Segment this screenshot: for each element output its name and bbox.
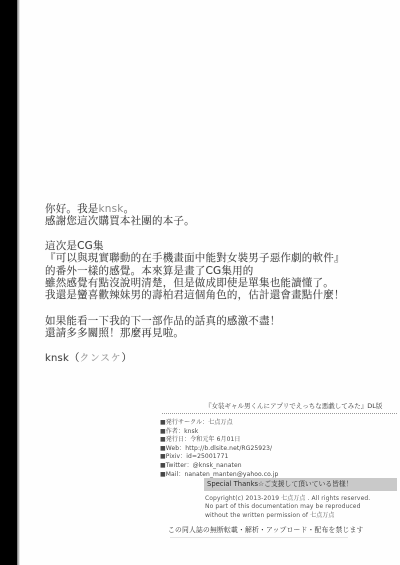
reproduction-notice: この同人誌の無断転載・解析・アップロード・配布を禁じます [168, 524, 388, 534]
author-name: knsk [99, 203, 124, 215]
copyright-line: Copyright(c) 2013-2019 七点万点 . All rights… [205, 495, 397, 503]
pub-date-line: ■発行日：令和元年 6月01日 [160, 436, 390, 445]
signature-paren-close: ） [121, 352, 132, 364]
letter-line: 『可以與現實聯動的在手機畫面中能對女裝男子惡作劇的軟件』 [45, 252, 385, 264]
faint-divider [170, 537, 348, 538]
thanks-line: 感謝您這次購買本社團的本子。 [45, 215, 385, 227]
pub-twitter-line: ■Twitter：@knsk_nanaten [160, 462, 390, 471]
special-thanks-band: Special Thanks☆ご支援して頂いている皆様！ [204, 478, 397, 491]
letter-line: 我還是蠻喜歡辣妹男的壽柏君這個角色的，估計還會畫點什麼！ [45, 289, 385, 301]
afterword-letter: 你好。我是knsk。 感謝您這次購買本社團的本子。 這次是CG集 『可以與現實聯… [45, 203, 385, 365]
cg-set-paragraph: 這次是CG集 『可以與現實聯動的在手機畫面中能對女裝男子惡作劇的軟件』 的番外一… [45, 240, 385, 302]
greeting-period: 。 [124, 203, 135, 215]
greeting-text: 你好。我是 [45, 203, 99, 215]
signature-kana: クンスケ [80, 353, 122, 364]
pub-pixiv-line: ■Pixiv：id=25001771 [160, 453, 390, 462]
signature-line: knsk（クンスケ） [45, 352, 385, 365]
copyright-block: Copyright(c) 2013-2019 七点万点 . All rights… [205, 495, 397, 520]
copyright-line: without the written permission of 七点万点 [205, 512, 397, 520]
greeting-line: 你好。我是knsk。 [45, 203, 385, 215]
letter-line: 還請多多關照！那麼再見啦。 [45, 327, 385, 339]
scanned-page: 你好。我是knsk。 感謝您這次購買本社團的本子。 這次是CG集 『可以與現實聯… [0, 0, 400, 565]
pub-circle-line: ■発行サークル：七点万点 [160, 419, 390, 428]
scan-gutter-strip [0, 0, 17, 565]
letter-line: 這次是CG集 [45, 240, 385, 252]
letter-line: 如果能看一下我的下一部作品的話真的感激不盡！ [45, 315, 385, 327]
signature-name: knsk [45, 353, 69, 364]
letter-line: 雖然感覺有點沒說明清楚，但是做成即使是單集也能讀懂了。 [45, 277, 385, 289]
pub-author-line: ■作者：knsk [160, 428, 390, 437]
closing-paragraph: 如果能看一下我的下一部作品的話真的感激不盡！ 還請多多關照！那麼再見啦。 [45, 315, 385, 340]
pub-web-line: ■Web：http://b.dlsite.net/RG25923/ [160, 445, 390, 454]
signature-paren-open: （ [69, 352, 80, 364]
doujin-title: 『女装ギャル男くんにアプリでえっちな悪戯してみた』DL版 [205, 401, 400, 410]
letter-line: 的番外一樣的感覺。本來算是畫了CG集用的 [45, 265, 385, 277]
publication-info-block: ■発行サークル：七点万点 ■作者：knsk ■発行日：令和元年 6月01日 ■W… [160, 419, 390, 479]
dotted-divider [162, 413, 397, 414]
copyright-line: No part of this documentation may be rep… [205, 503, 397, 511]
